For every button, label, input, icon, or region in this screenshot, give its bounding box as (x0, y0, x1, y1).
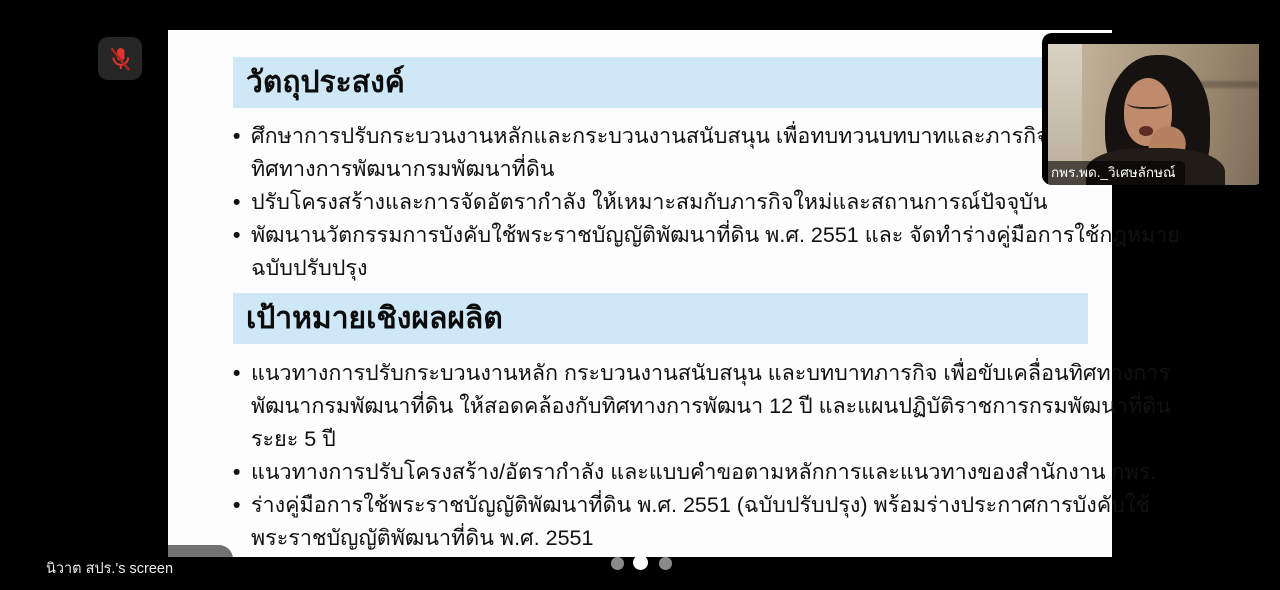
list-item: • ศึกษาการปรับกระบวนงานหลักและกระบวนงานส… (233, 120, 1093, 186)
muted-mic-icon (107, 45, 133, 73)
output-targets-bullet-list: • แนวทางการปรับกระบวนงานหลัก กระบวนงานสน… (233, 357, 1093, 555)
list-item: • พัฒนานวัตกรรมการบังคับใช้พระราชบัญญัติ… (233, 219, 1093, 285)
screen-share-label: นิวาต สปร.'s screen (0, 545, 233, 590)
bullet-line: แนวทางการปรับกระบวนงานหลัก กระบวนงานสนับ… (251, 357, 1171, 390)
bullet-line: พระราชบัญญัติพัฒนาที่ดิน พ.ศ. 2551 (251, 522, 1150, 555)
slide-dot-2-active[interactable] (633, 555, 648, 570)
participant-name-label: กพร.พด._วิเศษลักษณ์ (1042, 161, 1185, 185)
bullet-icon: • (233, 357, 251, 390)
slide-heading-objectives: วัตถุประสงค์ (233, 57, 1088, 108)
bullet-line: ทิศทางการพัฒนากรมพัฒนาที่ดิน (251, 153, 1170, 186)
participant-mouth (1139, 126, 1154, 136)
bullet-icon: • (233, 186, 251, 219)
list-item: • ปรับโครงสร้างและการจัดอัตรากำลัง ให้เห… (233, 186, 1093, 219)
slide-dot-3[interactable] (659, 557, 672, 570)
slide-heading-output-targets: เป้าหมายเชิงผลผลิต (233, 293, 1088, 344)
shared-slide: วัตถุประสงค์ • ศึกษาการปรับกระบวนงานหลัก… (168, 30, 1112, 557)
screen-share-label-text: นิวาต สปร.'s screen (46, 557, 173, 590)
bullet-icon: • (233, 489, 251, 522)
bullet-line: ระยะ 5 ปี (251, 423, 1171, 456)
list-item: • ร่างคู่มือการใช้พระราชบัญญัติพัฒนาที่ด… (233, 489, 1093, 555)
bullet-line: พัฒนานวัตกรรมการบังคับใช้พระราชบัญญัติพั… (251, 219, 1180, 252)
bullet-line: ปรับโครงสร้างและการจัดอัตรากำลัง ให้เหมา… (251, 186, 1093, 219)
unmute-mic-button[interactable] (98, 37, 142, 80)
bullet-icon: • (233, 120, 251, 153)
list-item: • แนวทางการปรับโครงสร้าง/อัตรากำลัง และแ… (233, 456, 1093, 489)
slide-dot-1[interactable] (611, 557, 624, 570)
participant-video-thumbnail[interactable]: กพร.พด._วิเศษลักษณ์ (1042, 33, 1264, 185)
heading-text: วัตถุประสงค์ (233, 57, 1088, 108)
objectives-bullet-list: • ศึกษาการปรับกระบวนงานหลักและกระบวนงานส… (233, 120, 1093, 285)
bullet-line: ฉบับปรับปรุง (251, 252, 1180, 285)
heading-text: เป้าหมายเชิงผลผลิต (233, 293, 1088, 344)
bullet-line: ร่างคู่มือการใช้พระราชบัญญัติพัฒนาที่ดิน… (251, 489, 1150, 522)
participant-glasses (1127, 95, 1169, 110)
bullet-line: แนวทางการปรับโครงสร้าง/อัตรากำลัง และแบบ… (251, 456, 1156, 489)
bullet-icon: • (233, 456, 251, 489)
bullet-line: พัฒนากรมพัฒนาที่ดิน ให้สอดคล้องกับทิศทาง… (251, 390, 1171, 423)
list-item: • แนวทางการปรับกระบวนงานหลัก กระบวนงานสน… (233, 357, 1093, 456)
bullet-line: ศึกษาการปรับกระบวนงานหลักและกระบวนงานสนั… (251, 120, 1170, 153)
bullet-icon: • (233, 219, 251, 252)
